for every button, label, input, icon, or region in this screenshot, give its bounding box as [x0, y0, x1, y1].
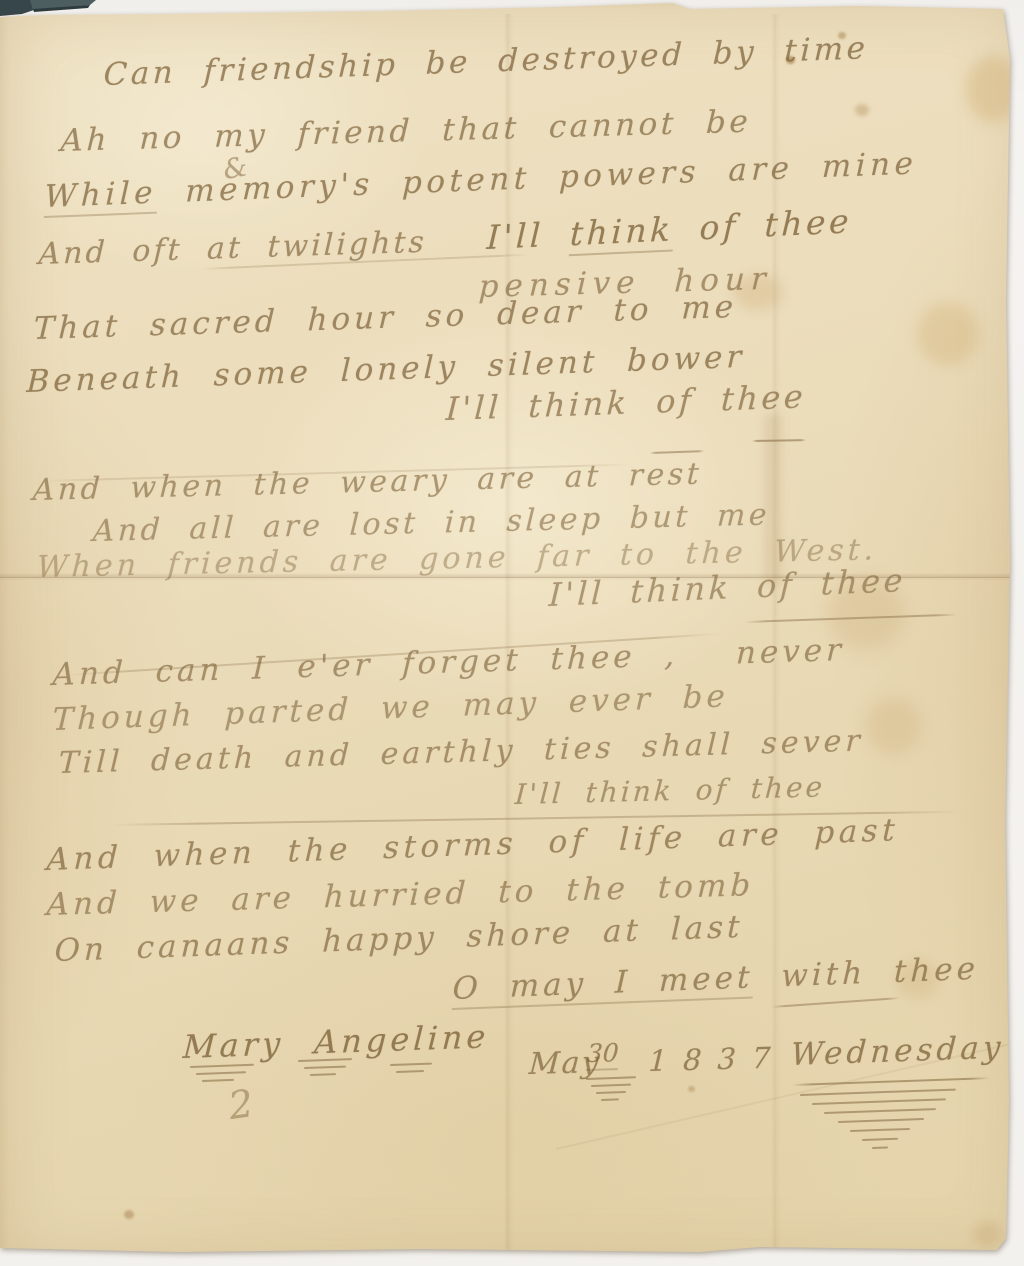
refrain-1: I'll think of thee [486, 203, 853, 256]
signature-flourish [202, 1079, 234, 1082]
stain [966, 56, 1020, 122]
underlined-word: think [569, 209, 674, 256]
date-flourish [586, 1076, 636, 1080]
signature-flourish [298, 1058, 352, 1062]
date-day: 30 [586, 1039, 619, 1067]
signature-flourish [196, 1071, 246, 1075]
stain [973, 1222, 1001, 1246]
refrain-2: I'll think of thee [445, 379, 807, 427]
paper-shadow-wrap: Can friendship be destroyed by time Ah n… [0, 0, 1024, 1266]
separator-dash [752, 439, 806, 442]
poem-line-7: And when the weary are at rest [32, 458, 703, 507]
date-flourish [601, 1098, 619, 1101]
poem-line-4: And oft at twilights [38, 226, 428, 271]
date-flourish [591, 1084, 631, 1087]
date-flourish [596, 1091, 626, 1094]
refrain-text: I'll [486, 214, 571, 257]
signature-flourish-glyph: 2 [226, 1083, 256, 1128]
dash-under-of [650, 450, 704, 454]
underlined-phrase: O may I meet [452, 959, 754, 1010]
weekday-flourish [862, 1138, 898, 1141]
date-day-text: 30 [586, 1038, 620, 1071]
signature-flourish [310, 1073, 336, 1076]
poem-line-2: Ah no my friend that cannot be [60, 105, 752, 158]
flourish-tail [772, 997, 900, 1008]
poem-line-16: O may I meet with thee [452, 952, 980, 1006]
stain [688, 1086, 695, 1092]
signature-flourish [390, 1063, 432, 1066]
weekday-flourish [850, 1128, 910, 1132]
refrain-underline [745, 614, 957, 623]
line-text: memory's potent powers are mine [156, 145, 918, 210]
line-text: with thee [753, 951, 980, 996]
refrain-text: of thee [673, 201, 853, 248]
underlined-word: While [44, 175, 158, 218]
refrain-4: I'll think of thee [514, 772, 826, 810]
weekday-flourish [824, 1108, 936, 1114]
signature-flourish [304, 1066, 346, 1069]
manuscript-paper: Can friendship be destroyed by time Ah n… [0, 0, 1024, 1266]
vertical-fold-left [504, 14, 514, 1250]
stain [918, 303, 978, 365]
poem-line-5: That sacred hour so dear to me [33, 290, 738, 346]
weekday-flourish [812, 1098, 946, 1105]
stain [855, 104, 869, 116]
weekday-flourish [800, 1089, 956, 1096]
date-year: 1837 [648, 1042, 787, 1078]
weekday-underline [792, 1077, 990, 1086]
signature-flourish [396, 1070, 424, 1073]
weekday-flourish [838, 1118, 924, 1123]
weekday-flourish [872, 1146, 888, 1149]
scan-background: Can friendship be destroyed by time Ah n… [0, 0, 1024, 1266]
stain [124, 1210, 134, 1219]
poem-line-1: Can friendship be destroyed by time [103, 31, 869, 92]
date-weekday: Wednesday [790, 1030, 1005, 1072]
stain [866, 698, 920, 754]
